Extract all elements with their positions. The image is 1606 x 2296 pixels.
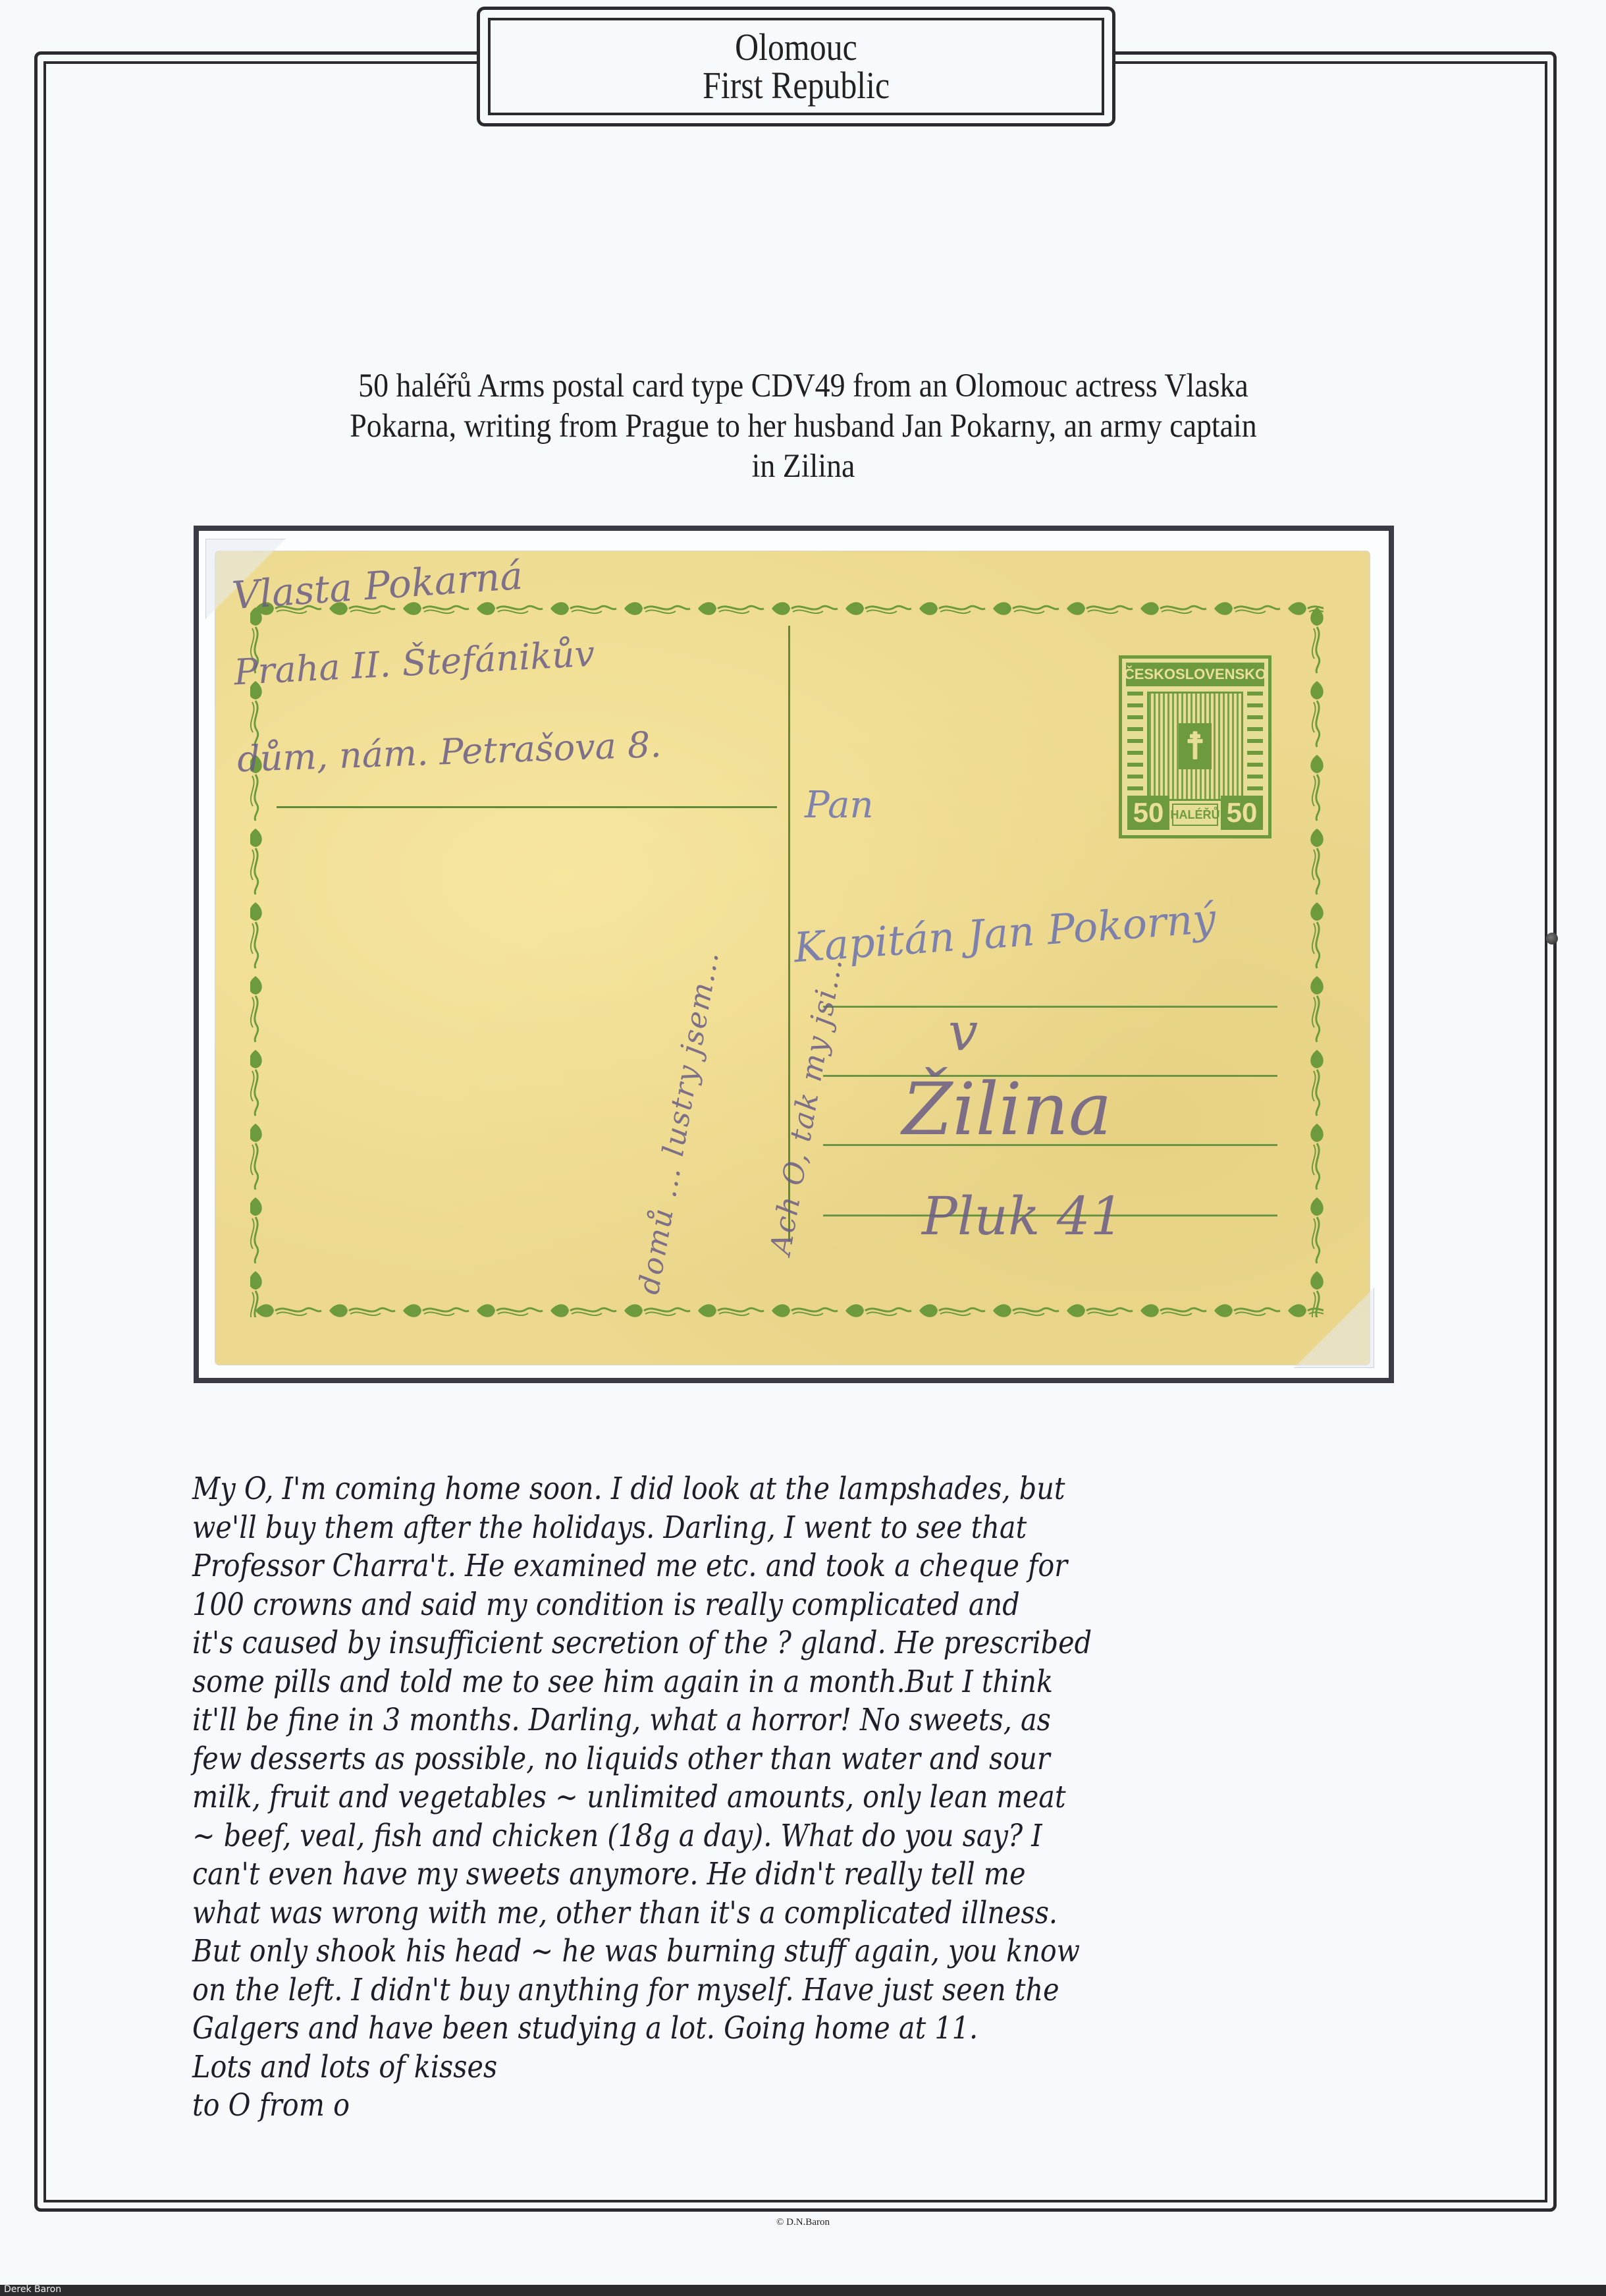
- title-box-inner: Olomouc First Republic: [488, 18, 1104, 115]
- coat-of-arms-icon: ☨: [1147, 692, 1243, 801]
- recipient-prep-handwriting: v: [948, 1001, 978, 1062]
- translation-line: some pills and told me to see him again …: [192, 1663, 1281, 1702]
- scanner-credit: Derek Baron: [4, 2283, 61, 2296]
- translation-line: to O from o: [192, 2087, 1281, 2125]
- translation-line: Lots and lots of kisses: [192, 2048, 1281, 2087]
- letter-translation: My O, I'm coming home soon. I did look a…: [192, 1470, 1430, 2125]
- translation-line: what was wrong with me, other than it's …: [192, 1894, 1281, 1933]
- double-cross-icon: ☨: [1179, 723, 1212, 769]
- translation-line: few desserts as possible, no liquids oth…: [192, 1740, 1281, 1779]
- translation-line: But only shook his head ~ he was burning…: [192, 1932, 1281, 1971]
- item-caption: 50 haléřů Arms postal card type CDV49 fr…: [198, 366, 1409, 487]
- title-box: Olomouc First Republic: [477, 7, 1115, 126]
- caption-line: Pokarna, writing from Prague to her husb…: [258, 406, 1349, 447]
- page-title: Olomouc: [735, 28, 857, 67]
- stamp-linden-branch-icon: [1247, 692, 1263, 797]
- translation-line: milk, fruit and vegetables ~ unlimited a…: [192, 1778, 1281, 1817]
- stamp-linden-branch-icon: [1127, 692, 1143, 797]
- translation-line: on the left. I didn't buy anything for m…: [192, 1971, 1281, 2010]
- scanner-strip: [0, 2285, 1606, 2296]
- stamp-unit: HALÉŘŮ: [1172, 804, 1218, 826]
- sender-rule: [277, 806, 777, 808]
- translation-line: My O, I'm coming home soon. I did look a…: [192, 1470, 1281, 1509]
- translation-line: can't even have my sweets anymore. He di…: [192, 1855, 1281, 1894]
- caption-line: 50 haléřů Arms postal card type CDV49 fr…: [258, 366, 1349, 406]
- stamp-country: ČESKOSLOVENSKO: [1126, 663, 1264, 686]
- binder-hole: [1546, 933, 1558, 944]
- translation-line: it's caused by insufficient secretion of…: [192, 1624, 1281, 1663]
- salutation-handwriting: Pan: [805, 784, 874, 827]
- stamp-value-left: 50: [1127, 796, 1169, 830]
- translation-line: 100 crowns and said my condition is real…: [192, 1586, 1281, 1625]
- page-subtitle: First Republic: [703, 67, 890, 105]
- translation-line: it'll be fine in 3 months. Darling, what…: [192, 1701, 1281, 1740]
- recipient-city-handwriting: Žilina: [902, 1067, 1111, 1151]
- imprinted-stamp: ČESKOSLOVENSKO ☨ 50 HALÉŘŮ 50: [1119, 655, 1271, 838]
- translation-line: Professor Charra't. He examined me etc. …: [192, 1547, 1281, 1586]
- translation-line: we'll buy them after the holidays. Darli…: [192, 1509, 1281, 1548]
- translation-line: Galgers and have been studying a lot. Go…: [192, 2009, 1281, 2048]
- copyright-notice: © D.N.Baron: [0, 2217, 1606, 2228]
- address-rule: [823, 1006, 1277, 1008]
- recipient-unit-handwriting: Pluk 41: [922, 1186, 1124, 1247]
- caption-line: in Zilina: [258, 447, 1349, 487]
- stamp-value-right: 50: [1221, 796, 1263, 830]
- translation-line: ~ beef, veal, fish and chicken (18g a da…: [192, 1817, 1281, 1856]
